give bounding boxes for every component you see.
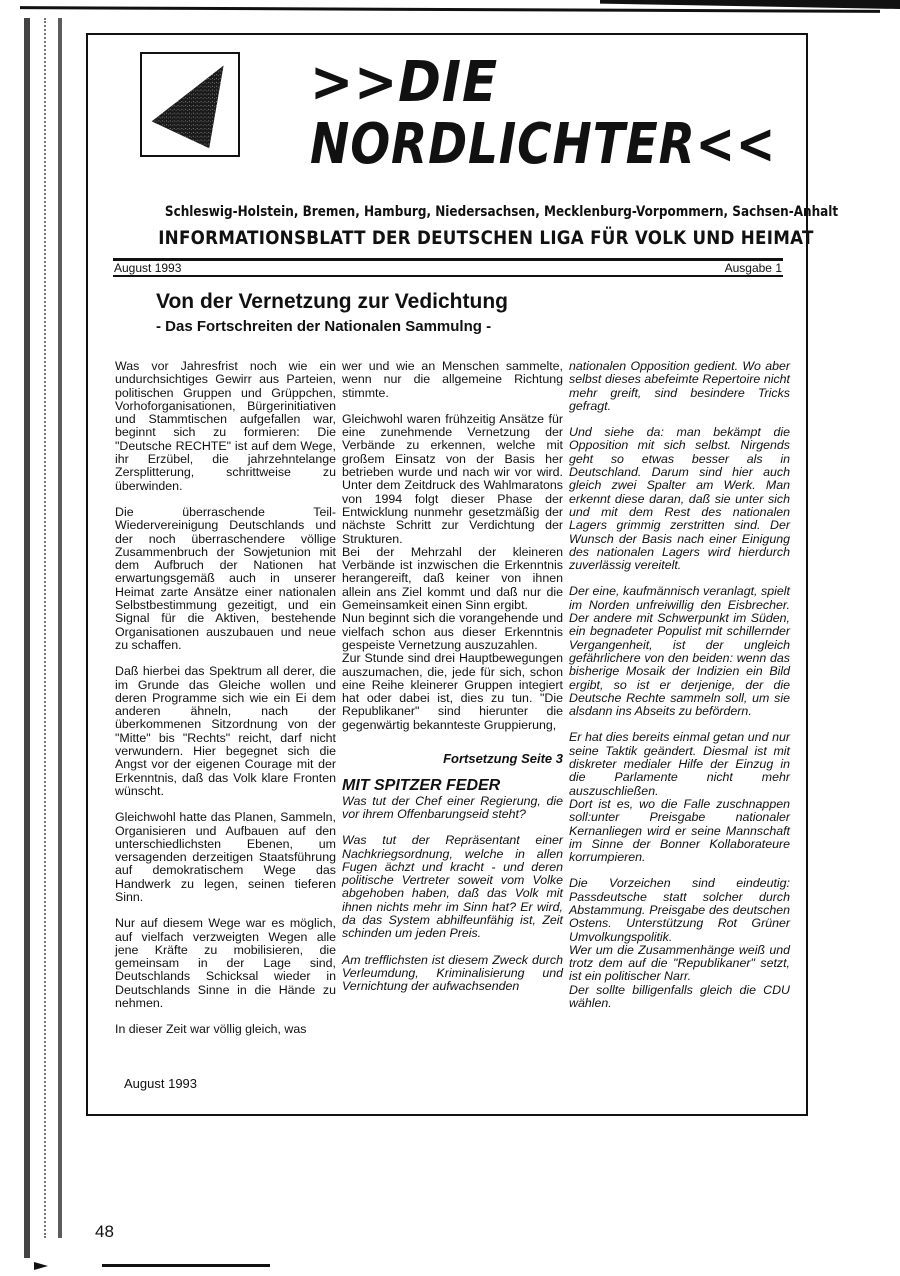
paragraph: Der eine, kaufmännisch veranlagt, spielt… <box>569 585 790 718</box>
scan-corner-mark <box>34 1262 48 1270</box>
masthead-line-1: >>DIE <box>310 55 761 111</box>
scan-edge-top-heavy <box>600 0 900 9</box>
paragraph: Dort ist es, wo die Falle zuschnappen so… <box>569 798 790 864</box>
scan-edge-top <box>20 6 880 13</box>
paragraph: Was vor Jahresfrist noch wie ein undurch… <box>115 360 336 493</box>
paragraph: wer und wie an Menschen sammelte, wenn n… <box>342 360 563 400</box>
paragraph: Gleichwohl hatte das Planen, Sammeln, Or… <box>115 811 336 904</box>
header-rule-top <box>113 258 783 261</box>
triangle-logo-icon <box>140 52 240 157</box>
masthead-line-2: NORDLICHTER<< <box>310 117 722 173</box>
header-rule-bottom <box>113 275 783 277</box>
feature-question: Was tut der Chef einer Regierung, die vo… <box>342 795 563 822</box>
paragraph: Die überraschende Teil-Wiedervereinigung… <box>115 506 336 652</box>
scan-bottom-rule <box>102 1264 270 1267</box>
binding-edge-dotted <box>44 18 50 1238</box>
organization-title: INFORMATIONSBLATT DER DEUTSCHEN LIGA FÜR… <box>158 227 748 249</box>
regions-line: Schleswig-Holstein, Bremen, Hamburg, Nie… <box>165 204 741 220</box>
article-footer-date: August 1993 <box>124 1076 197 1091</box>
article-column-1: Was vor Jahresfrist noch wie ein undurch… <box>115 360 336 1050</box>
paragraph: Was tut der Repräsentant einer Nachkrieg… <box>342 834 563 940</box>
paragraph: Gleichwohl waren frühzeitig Ansätze für … <box>342 413 563 546</box>
paragraph: Nun beginnt sich die vorangehende und vi… <box>342 612 563 652</box>
binding-edge-left <box>24 18 30 1258</box>
paragraph: Und siehe da: man bekämpt die Opposition… <box>569 426 790 572</box>
paragraph: Am trefflichsten ist diesem Zweck durch … <box>342 954 563 994</box>
paragraph: nationalen Opposition gedient. Wo aber s… <box>569 360 790 413</box>
article-subhead: - Das Fortschreiten der Nationalen Sammu… <box>156 318 491 335</box>
paragraph: Er hat dies bereits einmal getan und nur… <box>569 731 790 797</box>
continuation-note: Fortsetzung Seite 3 <box>342 752 563 765</box>
paragraph: Daß hierbei das Spektrum all derer, die … <box>115 665 336 798</box>
article-headline: Von der Vernetzung zur Vedichtung <box>156 290 508 314</box>
paragraph: Die Vorzeichen sind eindeutig: Passdeuts… <box>569 877 790 943</box>
article-column-2: wer und wie an Menschen sammelte, wenn n… <box>342 360 563 1006</box>
paragraph: Zur Stunde sind drei Hauptbewegungen aus… <box>342 652 563 732</box>
feature-column-3: nationalen Opposition gedient. Wo aber s… <box>569 360 790 1010</box>
paragraph: Der sollte billigenfalls gleich die CDU … <box>569 984 790 1011</box>
binding-edge-right <box>58 18 62 1238</box>
masthead-title: >>DIE NORDLICHTER<< <box>310 55 800 173</box>
page-number: 48 <box>95 1222 114 1242</box>
paragraph: Wer um die Zusammenhänge weiß und trotz … <box>569 944 790 984</box>
issue-number: Ausgabe 1 <box>725 261 782 275</box>
paragraph: In dieser Zeit war völlig gleich, was <box>115 1023 336 1036</box>
paragraph: Bei der Mehrzahl der kleineren Verbände … <box>342 546 563 612</box>
issue-date: August 1993 <box>114 261 181 275</box>
paragraph: Nur auf diesem Wege war es möglich, auf … <box>115 917 336 1010</box>
feature-title: MIT SPITZER FEDER <box>342 779 563 792</box>
